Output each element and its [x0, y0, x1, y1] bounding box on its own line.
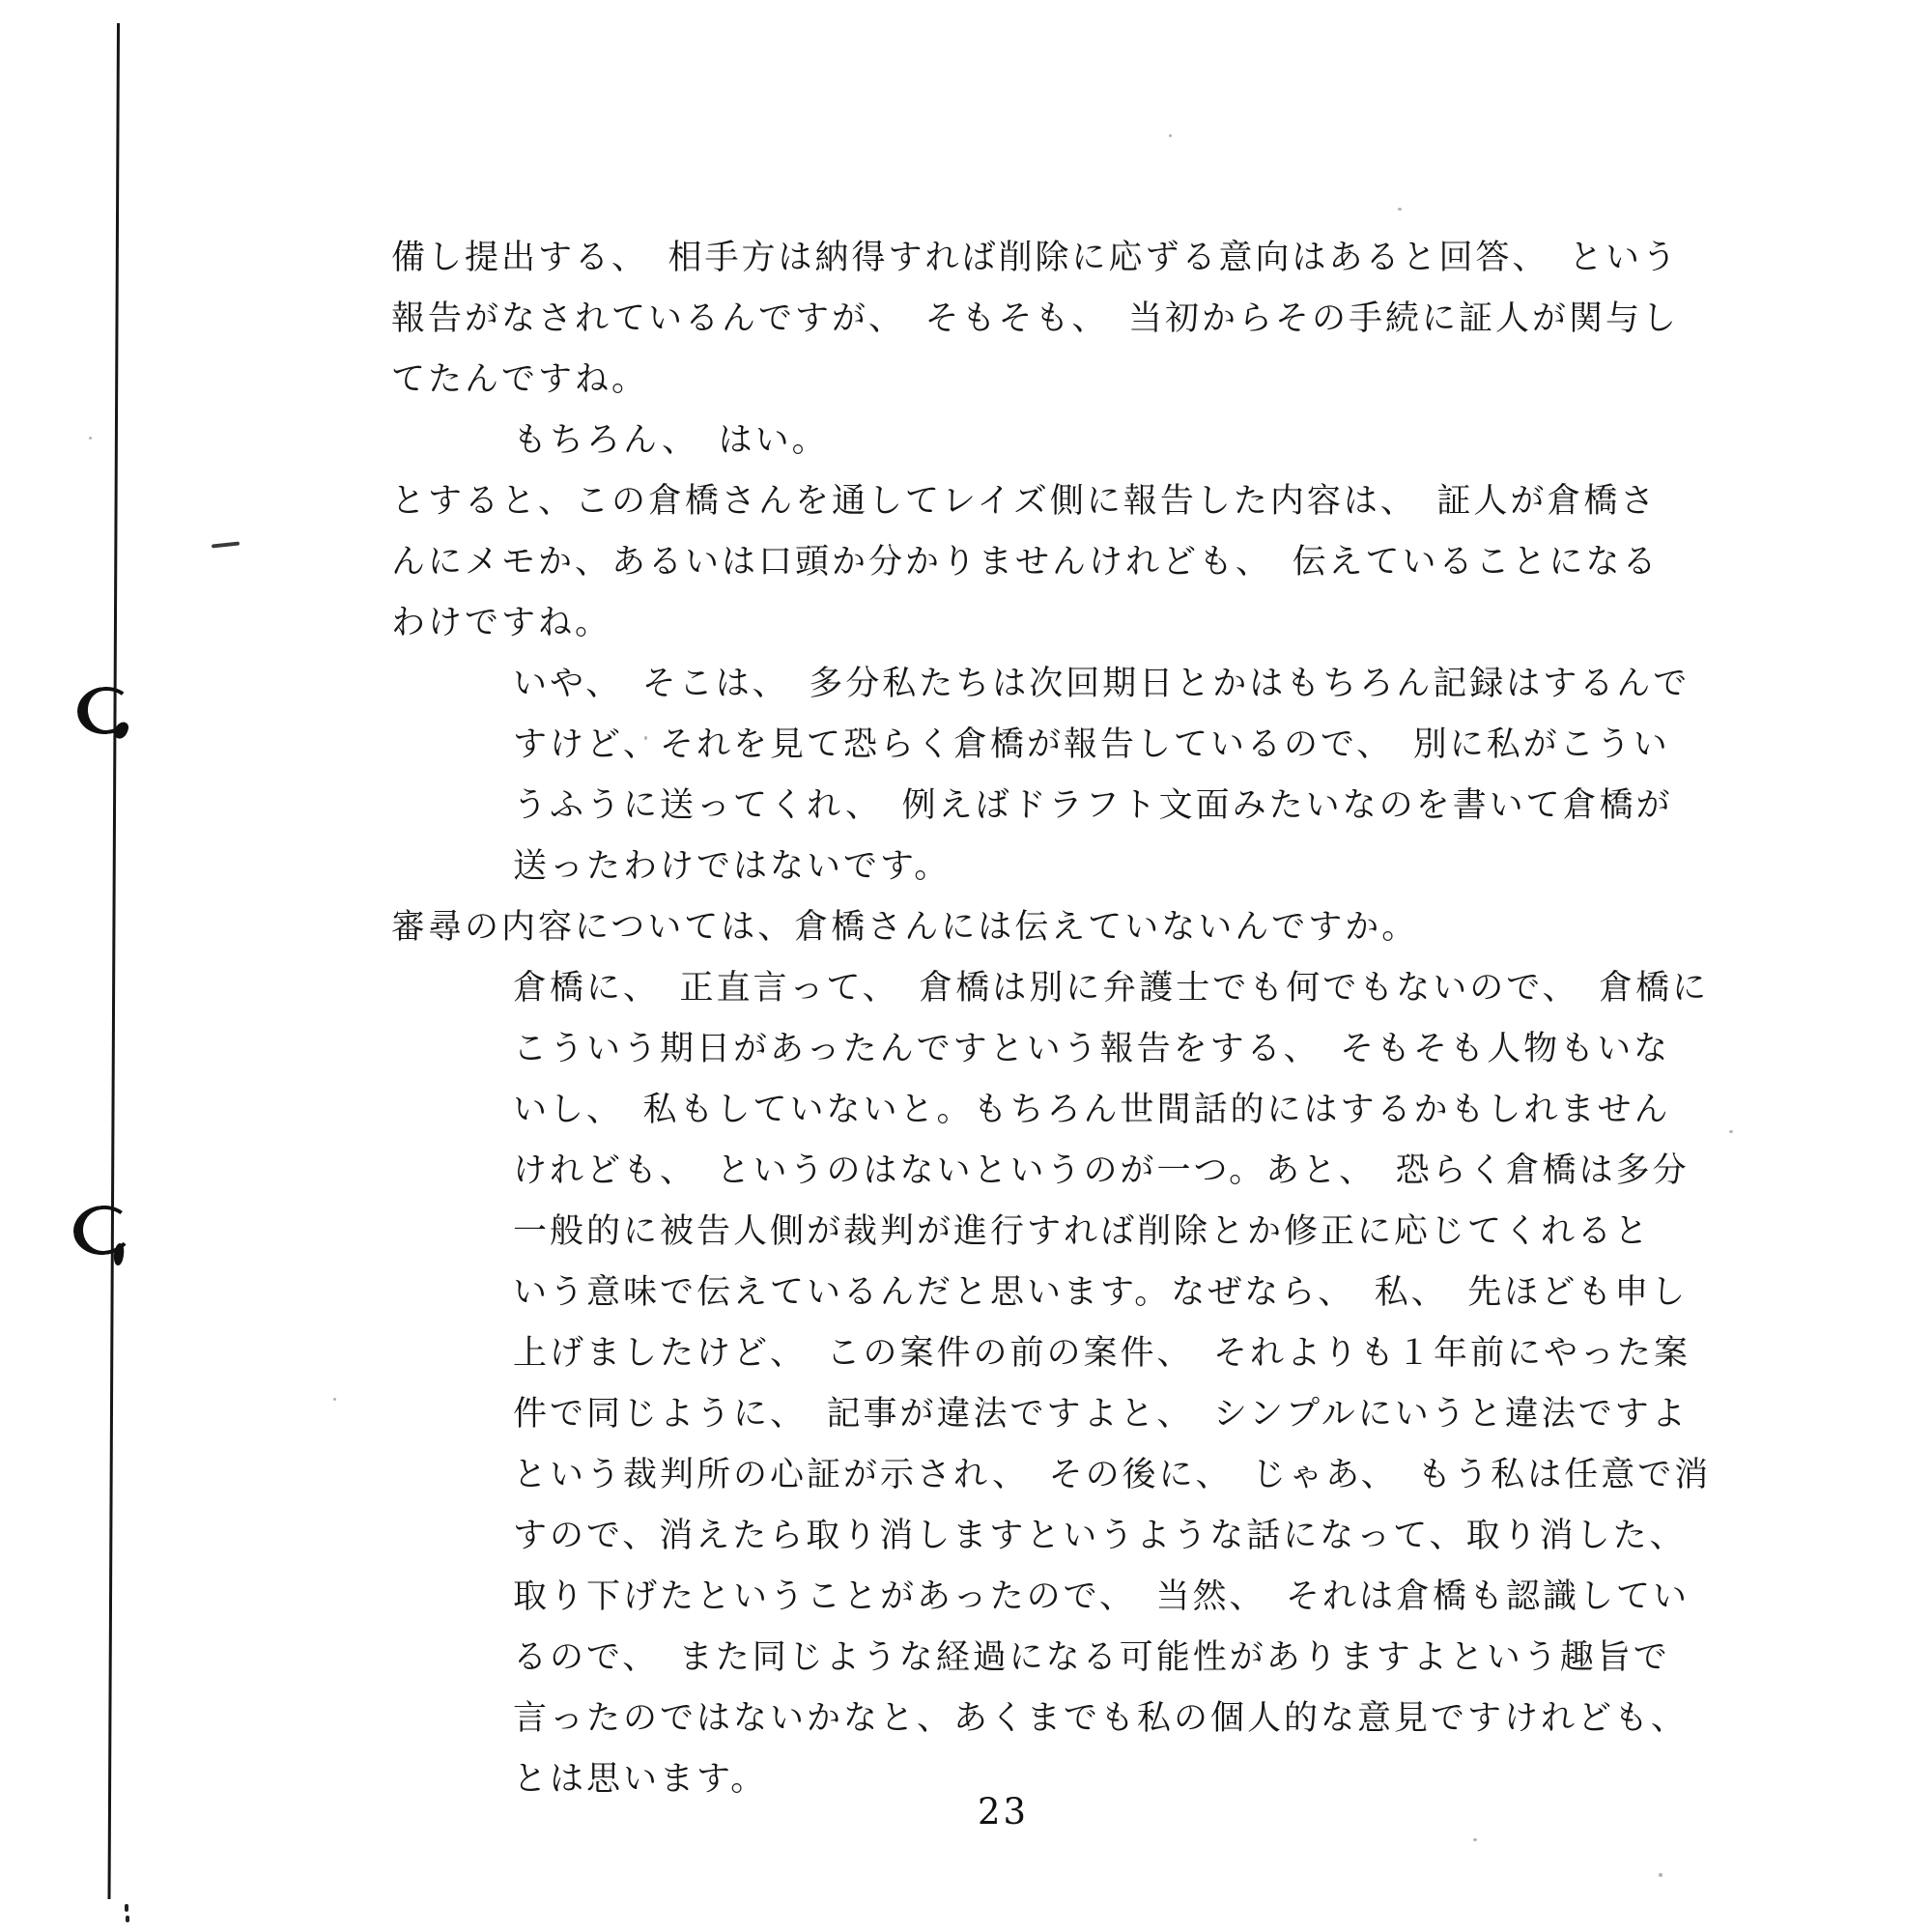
transcript-line: すので、消えたら取り消しますというような話になって、取り消した、 — [513, 1506, 1932, 1567]
scan-speck — [1577, 243, 1580, 246]
transcript-line: という裁判所の心証が示され、 その後に、 じゃあ、 もう私は任意で消 — [513, 1445, 1932, 1506]
scan-speck — [333, 1398, 336, 1401]
transcript-line: いう意味で伝えているんだと思います。なぜなら、 私、 先ほども申し — [513, 1263, 1932, 1323]
scan-speck — [644, 736, 647, 740]
scan-speck — [1659, 1873, 1662, 1877]
transcript-line: いし、 私もしていないと。もちろん世間話的にはするかもしれません — [513, 1080, 1932, 1141]
transcript-line: うふうに送ってくれ、 例えばドラフト文面みたいなのを書いて倉橋が — [513, 776, 1932, 837]
scan-speck — [1473, 1838, 1477, 1841]
transcript-line: もちろん、 はい。 — [513, 411, 1932, 471]
transcript-line: 備し提出する、 相手方は納得すれば削除に応ずる意向はあると回答、 という — [391, 228, 1932, 289]
transcript-text: 備し提出する、 相手方は納得すれば削除に応ずる意向はあると回答、 という 報告が… — [0, 228, 1932, 1810]
scan-speck — [1398, 208, 1402, 211]
transcript-line: 取り下げたということがあったので、 当然、 それは倉橋も認識してい — [513, 1567, 1932, 1628]
transcript-line: 言ったのではないかなと、あくまでも私の個人的な意見ですけれども、 — [513, 1689, 1932, 1749]
transcript-line: るので、 また同じような経過になる可能性がありますよという趣旨で — [513, 1628, 1932, 1689]
transcript-line: 件で同じように、 記事が違法ですよと、 シンプルにいうと違法ですよ — [513, 1384, 1932, 1445]
scan-speck — [1729, 1130, 1733, 1133]
scan-speck — [89, 437, 92, 440]
transcript-line: いや、 そこは、 多分私たちは次回期日とかはもちろん記録はするんで — [513, 654, 1932, 715]
transcript-line: すけど、それを見て恐らく倉橋が報告しているので、 別に私がこうい — [513, 715, 1932, 776]
binder-line-tail-mark — [126, 1916, 129, 1922]
transcript-line: 審尋の内容については、倉橋さんには伝えていないんですか。 — [391, 897, 1932, 958]
transcript-line: んにメモか、あるいは口頭か分かりませんけれども、 伝えていることになる — [391, 532, 1932, 593]
transcript-line: わけですね。 — [391, 593, 1932, 654]
transcript-line: とすると、この倉橋さんを通してレイズ側に報告した内容は、 証人が倉橋さ — [391, 471, 1932, 532]
transcript-line: 倉橋に、 正直言って、 倉橋は別に弁護士でも何でもないので、 倉橋に — [513, 958, 1932, 1019]
binder-line-tail-mark — [125, 1904, 128, 1912]
transcript-line: こういう期日があったんですという報告をする、 そもそも人物もいな — [513, 1019, 1932, 1080]
scan-speck — [1169, 134, 1172, 137]
transcript-line: 報告がなされているんですが、 そもそも、 当初からその手続に証人が関与し — [391, 289, 1932, 350]
transcript-line: 上げましたけど、 この案件の前の案件、 それよりも１年前にやった案 — [513, 1323, 1932, 1384]
transcript-line: けれども、 というのはないというのが一つ。あと、 恐らく倉橋は多分 — [513, 1141, 1932, 1202]
scanned-transcript-page: 備し提出する、 相手方は納得すれば削除に応ずる意向はあると回答、 という 報告が… — [0, 0, 1932, 1932]
page-number: 23 — [978, 1791, 1029, 1833]
transcript-line: とは思います。 — [513, 1749, 1932, 1810]
transcript-line: 一般的に被告人側が裁判が進行すれば削除とか修正に応じてくれると — [513, 1202, 1932, 1263]
transcript-line: てたんですね。 — [391, 350, 1932, 411]
transcript-line: 送ったわけではないです。 — [513, 837, 1932, 897]
